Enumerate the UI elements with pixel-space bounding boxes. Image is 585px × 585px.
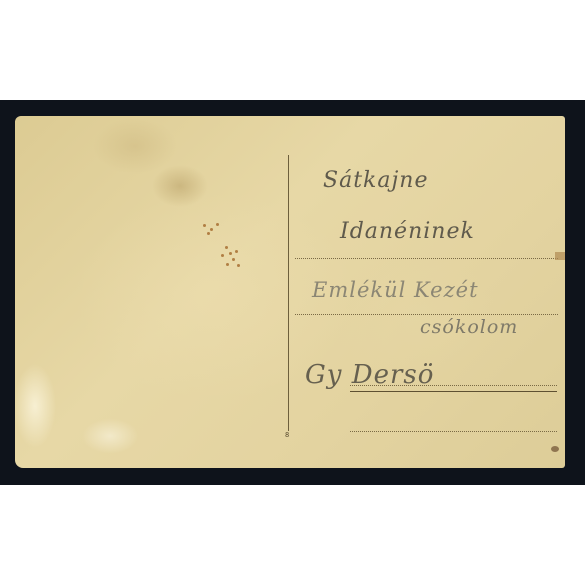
handwriting-line-3: Emlékül Kezét xyxy=(312,278,479,302)
address-underline xyxy=(350,391,557,392)
corner-stain xyxy=(551,446,559,452)
handwriting-line-1: Sátkajne xyxy=(323,168,429,193)
handwriting-signature: Gy Dersö xyxy=(305,360,434,390)
center-divider-line xyxy=(288,155,289,431)
handwriting-line-4: csókolom xyxy=(420,316,518,338)
address-line-2 xyxy=(295,314,558,315)
handwriting-line-2: Idanéninek xyxy=(340,219,475,244)
address-line-4 xyxy=(350,431,557,432)
edge-stain xyxy=(555,252,565,260)
printed-mark: 8 xyxy=(285,431,289,439)
address-line-1 xyxy=(295,258,558,259)
postcard-back: 8 Sátkajne Idanéninek Emlékül Kezét csók… xyxy=(15,116,565,468)
